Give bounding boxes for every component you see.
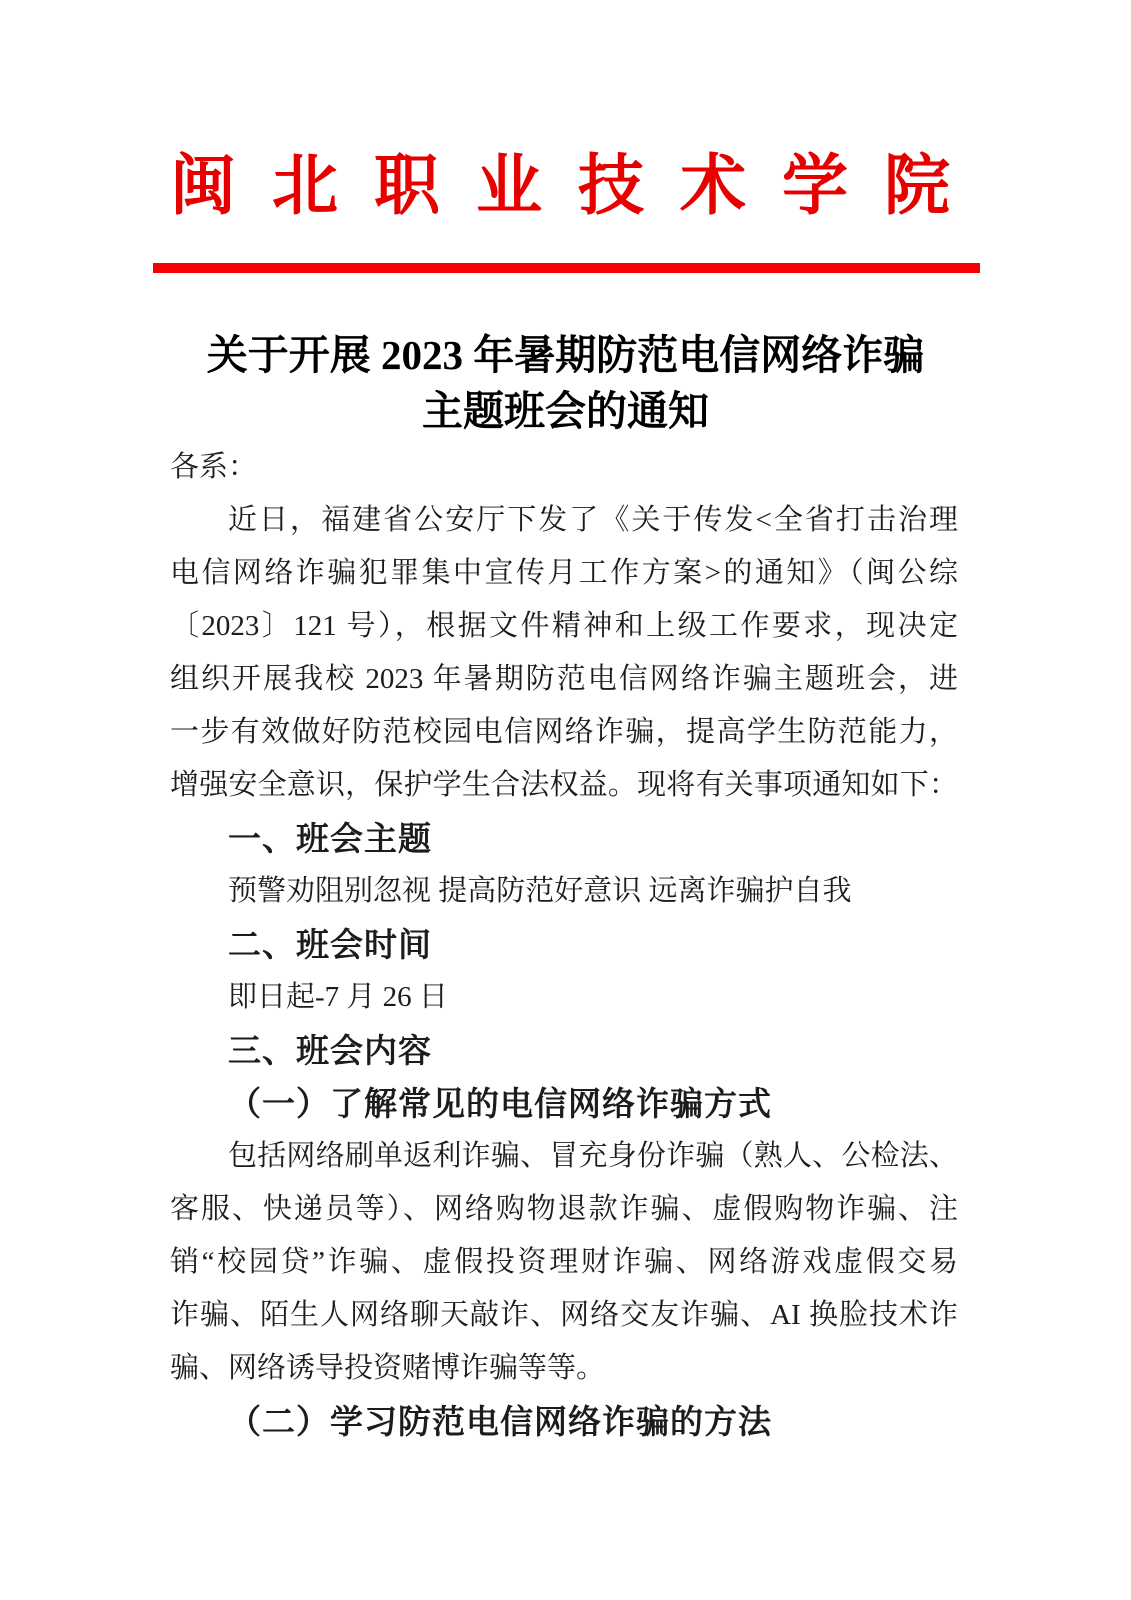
body-line-text: 各系： [170, 451, 257, 483]
body-line-text: 电信网络诈骗犯罪集中宣传月工作方案>的通知》（闽公综 [170, 557, 958, 589]
body-line: 一、班会主题 [170, 812, 958, 865]
body-line: （二）学习防范电信网络诈骗的方法 [170, 1395, 958, 1448]
body-line: 各系： [170, 441, 958, 494]
notice-title-line2: 主题班会的通知 [0, 383, 1131, 439]
body-line-text: 销“校园贷”诈骗、虚假投资理财诈骗、网络游戏虚假交易 [170, 1246, 958, 1278]
body-line-text: 客服、快递员等）、网络购物退款诈骗、虚假购物诈骗、注 [170, 1193, 958, 1225]
body-line-text: 〔2023〕121 号），根据文件精神和上级工作要求，现决定 [170, 610, 958, 642]
body-line: 增强安全意识，保护学生合法权益。现将有关事项通知如下： [170, 759, 958, 812]
body-line: 〔2023〕121 号），根据文件精神和上级工作要求，现决定 [170, 600, 958, 653]
body-line-text: 诈骗、陌生人网络聊天敲诈、网络交友诈骗、AI 换脸技术诈 [170, 1299, 958, 1331]
body-line: 一步有效做好防范校园电信网络诈骗，提高学生防范能力， [170, 706, 958, 759]
body-line-text: 三、班会内容 [228, 1032, 432, 1069]
body-line: 客服、快递员等）、网络购物退款诈骗、虚假购物诈骗、注 [170, 1183, 958, 1236]
body-line-text: 组织开展我校 2023 年暑期防范电信网络诈骗主题班会，进 [170, 663, 958, 695]
body-line: 电信网络诈骗犯罪集中宣传月工作方案>的通知》（闽公综 [170, 547, 958, 600]
body-line: 骗、网络诱导投资赌博诈骗等等。 [170, 1342, 958, 1395]
body-line-text: 一步有效做好防范校园电信网络诈骗，提高学生防范能力， [170, 716, 958, 748]
body-line-text: 二、班会时间 [228, 926, 432, 963]
document-page: { "colors": { "school_red": "#e60000", "… [0, 0, 1131, 1600]
school-name: 闽北职业技术学院 [170, 148, 986, 226]
body-line: 组织开展我校 2023 年暑期防范电信网络诈骗主题班会，进 [170, 653, 958, 706]
body-line-text: 预警劝阻别忽视 提高防范好意识 远离诈骗护自我 [228, 875, 852, 907]
body-line: 即日起-7 月 26 日 [170, 971, 958, 1024]
body-line-text: 增强安全意识，保护学生合法权益。现将有关事项通知如下： [170, 769, 958, 801]
body-line: 近日，福建省公安厅下发了《关于传发<全省打击治理 [170, 494, 958, 547]
document-body: 各系： 近日，福建省公安厅下发了《关于传发<全省打击治理 电信网络诈骗犯罪集中宣… [170, 441, 958, 1448]
notice-title: 关于开展 2023 年暑期防范电信网络诈骗 主题班会的通知 [0, 327, 1131, 439]
body-line-text: 一、班会主题 [228, 820, 432, 857]
body-line-text: 近日，福建省公安厅下发了《关于传发<全省打击治理 [228, 504, 958, 536]
notice-title-line1: 关于开展 2023 年暑期防范电信网络诈骗 [0, 327, 1131, 383]
body-line-text: 即日起-7 月 26 日 [228, 981, 448, 1013]
body-line: 包括网络刷单返利诈骗、冒充身份诈骗（熟人、公检法、 [170, 1130, 958, 1183]
body-line: （一）了解常见的电信网络诈骗方式 [170, 1077, 958, 1130]
body-line: 预警劝阻别忽视 提高防范好意识 远离诈骗护自我 [170, 865, 958, 918]
body-line-text: （二）学习防范电信网络诈骗的方法 [228, 1403, 772, 1440]
header-divider-rule [153, 263, 980, 273]
body-line-text: （一）了解常见的电信网络诈骗方式 [228, 1085, 772, 1122]
body-line-text: 骗、网络诱导投资赌博诈骗等等。 [170, 1352, 605, 1384]
body-line-text: 包括网络刷单返利诈骗、冒充身份诈骗（熟人、公检法、 [228, 1140, 958, 1172]
body-line: 诈骗、陌生人网络聊天敲诈、网络交友诈骗、AI 换脸技术诈 [170, 1289, 958, 1342]
body-line: 销“校园贷”诈骗、虚假投资理财诈骗、网络游戏虚假交易 [170, 1236, 958, 1289]
body-line: 二、班会时间 [170, 918, 958, 971]
body-line: 三、班会内容 [170, 1024, 958, 1077]
